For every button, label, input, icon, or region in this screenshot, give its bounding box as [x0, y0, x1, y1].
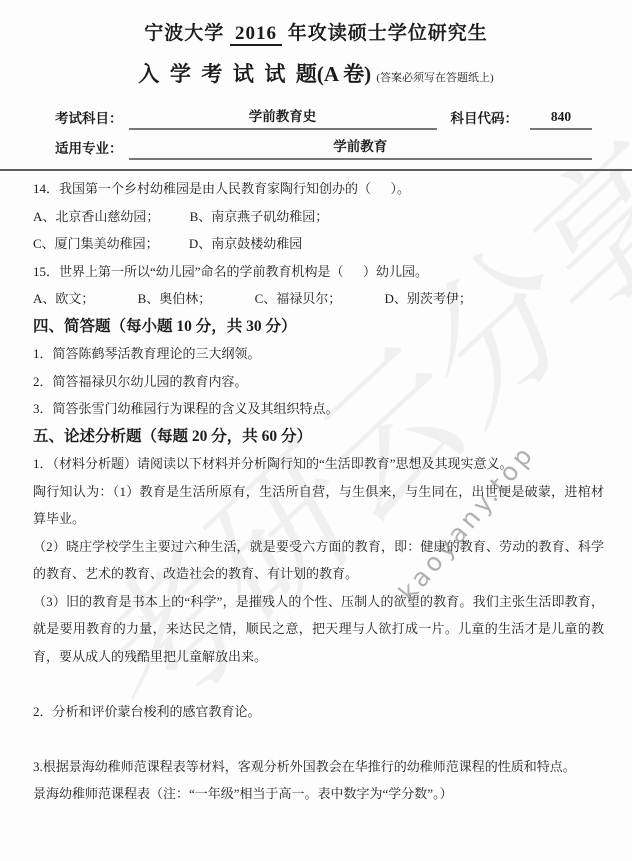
- exam-paper-page: 考研云分享 kaoyany.top 宁波大学 2016 年攻读硕士学位研究生 入…: [0, 0, 632, 861]
- section-4-item-1: 1．简答陈鹤琴活教育理论的三大纲领。: [33, 340, 604, 368]
- material-paragraph-1: 陶行知认为：（1）教育是生活所原有，生活所自营，与生俱来，与生同在，出世便是破蒙…: [33, 478, 604, 533]
- exam-title-line: 入 学 考 试 试 题(A 卷) (答案必须写在答题纸上): [0, 58, 632, 88]
- option-d: D、别茨考伊；: [384, 291, 471, 306]
- option-a: A、北京香山慈幼园；: [33, 209, 159, 224]
- major-row: 适用专业： 学前教育: [55, 130, 592, 160]
- university-title-line: 宁波大学 2016 年攻读硕士学位研究生: [0, 0, 632, 45]
- option-c: C、厦门集美幼稚园；: [33, 236, 159, 251]
- section-5-heading: 五、论述分析题（每题 20 分，共 60 分）: [33, 423, 604, 451]
- blank-line: [33, 725, 604, 753]
- option-b: B、奥伯林；: [138, 291, 212, 306]
- subject-label: 考试科目：: [55, 107, 129, 130]
- material-paragraph-3: （3）旧的教育是书本上的“科学”，是摧残人的个性、压制人的欲望的教育。我们主张生…: [33, 588, 604, 671]
- question-14: 14．我国第一个乡村幼稚园是由人民教育家陶行知创办的（ ）。: [33, 175, 604, 203]
- section-5-item-1: 1．（材料分析题）请阅读以下材料并分析陶行知的“生活即教育”思想及其现实意义。: [33, 450, 604, 478]
- answer-sheet-note: (答案必须写在答题纸上): [376, 72, 493, 84]
- major-value: 学前教育: [129, 135, 593, 160]
- question-content: 14．我国第一个乡村幼稚园是由人民教育家陶行知创办的（ ）。 A、北京香山慈幼园…: [0, 171, 632, 808]
- major-label: 适用专业：: [55, 137, 129, 160]
- section-4-item-2: 2．简答福禄贝尔幼儿园的教育内容。: [33, 368, 604, 396]
- title-suffix: 年攻读硕士学位研究生: [282, 23, 488, 44]
- exam-title: 入 学 考 试 试 题(A 卷): [138, 62, 376, 86]
- option-b: B、南京燕子矶幼稚园；: [190, 209, 329, 224]
- subject-code-value: 840: [530, 109, 592, 130]
- section-5-item-2: 2．分析和评价蒙台梭利的感官教育论。: [33, 698, 604, 726]
- question-14-options-row-2: C、厦门集美幼稚园； D、南京鼓楼幼稚园: [33, 230, 604, 258]
- section-5-item-3-note: 景海幼稚师范课程表（注：“一年级”相当于高一。表中数字为“学分数”。）: [33, 780, 604, 808]
- section-4-item-3: 3．简答张雪门幼稚园行为课程的含义及其组织特点。: [33, 395, 604, 423]
- header-fields: 考试科目： 学前教育史 科目代码： 840 适用专业： 学前教育: [55, 100, 592, 160]
- title-year: 2016: [230, 23, 282, 46]
- title-prefix: 宁波大学: [144, 23, 230, 44]
- subject-code-label: 科目代码：: [451, 107, 525, 130]
- option-c: C、福禄贝尔；: [255, 291, 342, 306]
- material-paragraph-2: （2）晓庄学校学生主要过六种生活，就是要受六方面的教育，即：健康的教育、劳动的教…: [33, 533, 604, 588]
- option-a: A、欧文；: [33, 291, 94, 306]
- option-d: D、南京鼓楼幼稚园: [189, 236, 302, 251]
- subject-value: 学前教育史: [129, 105, 437, 130]
- subject-row: 考试科目： 学前教育史 科目代码： 840: [55, 100, 592, 130]
- question-15: 15．世界上第一所以“幼儿园”命名的学前教育机构是（ ）幼儿园。: [33, 258, 604, 286]
- section-4-heading: 四、简答题（每小题 10 分，共 30 分）: [33, 313, 604, 341]
- question-14-options-row-1: A、北京香山慈幼园； B、南京燕子矶幼稚园；: [33, 203, 604, 231]
- blank-line: [33, 670, 604, 698]
- question-15-options-row: A、欧文； B、奥伯林； C、福禄贝尔； D、别茨考伊；: [33, 285, 604, 313]
- section-5-item-3: 3.根据景海幼稚师范课程表等材料，客观分析外国教会在华推行的幼稚师范课程的性质和…: [33, 753, 604, 781]
